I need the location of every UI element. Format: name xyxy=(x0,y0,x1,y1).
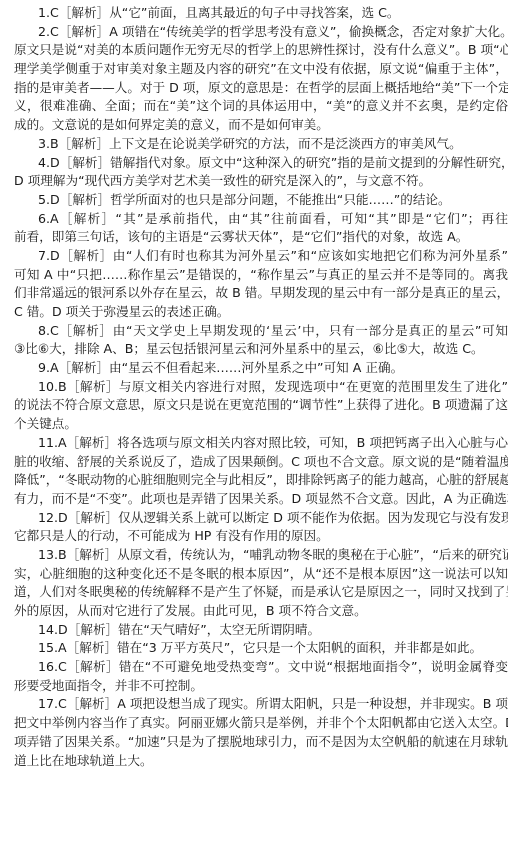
analysis-tag: ［解析］ xyxy=(68,622,118,637)
explanation-item: 1.C［解析］从“它”前面，且离其最近的句子中寻找答案，选 C。 xyxy=(14,4,508,23)
explanation-text: 由“人们有时也称其为河外星云”和“应该如实地把它们称为河外星系” xyxy=(113,248,508,263)
item-number: 16 xyxy=(38,659,54,674)
answer-letter: C xyxy=(58,659,67,674)
explanation-item: 10.B［解析］与原文相关内容进行对照，发现选项中“在更宽的范围里发生了进化”的… xyxy=(14,378,508,434)
item-number: 7 xyxy=(38,248,46,263)
explanation-item: 7.D［解析］由“人们有时也称其为河外星云”和“应该如实地把它们称为河外星系”可… xyxy=(14,247,508,322)
item-number: 1 xyxy=(38,5,46,20)
explanation-line: 指的是审美者——人。对于 D 项，原文的意思是：在哲学的层面上概括地给“美”下一… xyxy=(14,79,508,98)
explanation-first-line: 6.A［解析］“其”是承前指代，由“其”往前面看，可知“其”即是“它们”；再往 xyxy=(14,210,508,229)
explanation-item: 14.D［解析］错在“天气晴好”，太空无所谓阴晴。 xyxy=(14,621,508,640)
answer-letter: C xyxy=(50,24,59,39)
explanation-first-line: 14.D［解析］错在“天气晴好”，太空无所谓阴晴。 xyxy=(14,621,508,640)
explanation-item: 11.A［解析］将各选项与原文相关内容对照比较，可知，B 项把钙离子出入心脏与心… xyxy=(14,434,508,509)
item-number: 9 xyxy=(38,360,46,375)
explanation-line: 前看，即第三句话，该句的主语是“云雾状天体”，是“它们”指代的对象，故选 A。 xyxy=(14,228,508,247)
explanation-item: 15.A［解析］错在“3 万平方英尺”，它只是一个太阳帆的面积，并非都是如此。 xyxy=(14,639,508,658)
explanation-line: 脏的收缩、舒展的关系说反了，造成了因果颠倒。C 项也不合文意。原文说的是“随着温… xyxy=(14,453,508,472)
explanation-first-line: 10.B［解析］与原文相关内容进行对照，发现选项中“在更宽的范围里发生了进化” xyxy=(14,378,508,397)
explanation-line: 个关键点。 xyxy=(14,415,508,434)
explanation-first-line: 11.A［解析］将各选项与原文相关内容对照比较，可知，B 项把钙离子出入心脏与心 xyxy=(14,434,508,453)
analysis-tag: ［解析］ xyxy=(59,360,109,375)
explanation-line: 项弄错了因果关系。“加速”只是为了摆脱地球引力，而不是因为太空帆船的航速在月球轨 xyxy=(14,733,508,752)
explanation-text: 与原文相关内容进行对照，发现选项中“在更宽的范围里发生了进化” xyxy=(119,379,508,394)
answer-letter: B xyxy=(50,136,59,151)
answer-letter: A xyxy=(58,435,67,450)
item-number: 12 xyxy=(38,510,54,525)
explanation-line: C 错。D 项关于弥漫星云的表述正确。 xyxy=(14,303,508,322)
explanation-line: 把文中举例内容当作了真实。阿丽亚娜火箭只是举例，并非个个太阳帆都由它送入太空。D xyxy=(14,714,508,733)
explanation-first-line: 5.D［解析］哲学所面对的也只是部分问题，不能推出“只能……”的结论。 xyxy=(14,191,508,210)
explanation-text: 将各选项与原文相关内容对照比较，可知，B 项把钙离子出入心脏与心 xyxy=(117,435,508,450)
explanation-text: 从原文看，传统认为，“哺乳动物冬眠的奥秘在于心脏”，“后来的研究证 xyxy=(117,547,508,562)
explanation-line: 道上比在地球轨道上大。 xyxy=(14,752,508,771)
explanation-item: 6.A［解析］“其”是承前指代，由“其”往前面看，可知“其”即是“它们”；再往前… xyxy=(14,210,508,247)
explanation-text: 仅从逻辑关系上就可以断定 D 项不能作为依据。因为发现它与没有发现 xyxy=(118,510,508,525)
explanation-line: 道，人们对冬眠奥秘的传统解释不是产生了怀疑，而是承认它是原因之一，同时又找到了另 xyxy=(14,583,508,602)
explanation-item: 13.B［解析］从原文看，传统认为，“哺乳动物冬眠的奥秘在于心脏”，“后来的研究… xyxy=(14,546,508,621)
explanation-first-line: 9.A［解析］由“星云不但看起来……河外星系之中”可知 A 正确。 xyxy=(14,359,508,378)
explanation-line: 理学美学侧重于对审美对象主题及内容的研究”在文中没有依据，原文说“偏重于主体”， xyxy=(14,60,508,79)
explanation-first-line: 13.B［解析］从原文看，传统认为，“哺乳动物冬眠的奥秘在于心脏”，“后来的研究… xyxy=(14,546,508,565)
explanation-first-line: 16.C［解析］错在“不可避免地受热变弯”。文中说“根据地面指令”，说明金属脊变 xyxy=(14,658,508,677)
explanation-text: 由“天文学史上早期发现的‘星云’中，只有一部分是真正的星云”可知 xyxy=(113,323,508,338)
explanation-item: 17.C［解析］A 项把设想当成了现实。所谓太阳帆，只是一种设想，并非现实。B … xyxy=(14,695,508,770)
explanation-text: A 项把设想当成了现实。所谓太阳帆，只是一种设想，并非现实。B 项 xyxy=(117,696,508,711)
explanation-first-line: 7.D［解析］由“人们有时也称其为河外星云”和“应该如实地把它们称为河外星系” xyxy=(14,247,508,266)
answer-letter: D xyxy=(50,155,60,170)
explanation-item: 12.D［解析］仅从逻辑关系上就可以断定 D 项不能作为依据。因为发现它与没有发… xyxy=(14,509,508,546)
explanation-line: ③比⑥大，排除 A、B；星云包括银河星云和河外星系中的星云，⑥比⑤大，故选 C。 xyxy=(14,340,508,359)
analysis-tag: ［解析］ xyxy=(59,136,109,151)
analysis-tag: ［解析］ xyxy=(67,696,117,711)
item-number: 3 xyxy=(38,136,46,151)
analysis-tag: ［解析］ xyxy=(59,5,109,20)
answer-letter: A xyxy=(58,640,67,655)
answer-letter: D xyxy=(50,192,60,207)
explanation-item: 8.C［解析］由“天文学史上早期发现的‘星云’中，只有一部分是真正的星云”可知③… xyxy=(14,322,508,359)
explanation-line: 的说法不符合原文意思，原文只是说在更宽范围的“调节性”上获得了进化。B 项遗漏了… xyxy=(14,396,508,415)
answer-letter: A xyxy=(50,360,59,375)
analysis-tag: ［解析］ xyxy=(67,640,117,655)
explanation-line: 外的原因，从而对它进行了发展。由此可见，B 项不符合文意。 xyxy=(14,602,508,621)
answer-letter: D xyxy=(50,248,60,263)
explanation-text: A 项错在“传统美学的哲学思考没有意义”，偷换概念，否定对象扩大化。 xyxy=(109,24,508,39)
answer-letter: C xyxy=(50,323,59,338)
analysis-tag: ［解析］ xyxy=(59,323,113,338)
explanation-item: 3.B［解析］上下文是在论说美学研究的方法，而不是泛淡西方的审美风气。 xyxy=(14,135,508,154)
explanation-first-line: 15.A［解析］错在“3 万平方英尺”，它只是一个太阳帆的面积，并非都是如此。 xyxy=(14,639,508,658)
item-number: 4 xyxy=(38,155,46,170)
analysis-tag: ［解析］ xyxy=(67,379,119,394)
answer-letter: C xyxy=(58,696,67,711)
explanation-first-line: 1.C［解析］从“它”前面，且离其最近的句子中寻找答案，选 C。 xyxy=(14,4,508,23)
answer-letter: C xyxy=(50,5,59,20)
explanation-text: 错在“3 万平方英尺”，它只是一个太阳帆的面积，并非都是如此。 xyxy=(117,640,482,655)
explanation-text: 由“星云不但看起来……河外星系之中”可知 A 正确。 xyxy=(109,360,403,375)
item-number: 13 xyxy=(38,547,54,562)
explanation-text: 错在“天气晴好”，太空无所谓阴晴。 xyxy=(118,622,320,637)
explanation-line: 降低”，“冬眠动物的心脏细胞则完全与此相反”，即排除钙离子的能力越高，心脏的舒展… xyxy=(14,471,508,490)
explanation-line: 有力，而不是“不变”。此项也是弄错了因果关系。D 项显然不合文意。因此，A 为正… xyxy=(14,490,508,509)
explanation-line: 义，很难准确、全面；而在“美”这个词的具体运用中，“美”的意义并不玄奥，是约定俗 xyxy=(14,97,508,116)
item-number: 15 xyxy=(38,640,54,655)
analysis-tag: ［解析］ xyxy=(60,155,110,170)
explanation-first-line: 4.D［解析］错解指代对象。原文中“这种深入的研究”指的是前文提到的分解性研究， xyxy=(14,154,508,173)
explanation-first-line: 8.C［解析］由“天文学史上早期发现的‘星云’中，只有一部分是真正的星云”可知 xyxy=(14,322,508,341)
answer-letter: D xyxy=(58,510,68,525)
analysis-tag: ［解析］ xyxy=(67,435,117,450)
explanation-line: 们非常遥远的银河系以外存在星云，故 B 错。早期发现的星云中有一部分是真正的星云… xyxy=(14,284,508,303)
item-number: 2 xyxy=(38,24,46,39)
analysis-tag: ［解析］ xyxy=(67,547,117,562)
explanation-item: 4.D［解析］错解指代对象。原文中“这种深入的研究”指的是前文提到的分解性研究，… xyxy=(14,154,508,191)
explanation-line: 可知 A 中“只把……称作星云”是错误的，“称作星云”与真正的星云并不是等同的。… xyxy=(14,266,508,285)
item-number: 14 xyxy=(38,622,54,637)
item-number: 17 xyxy=(38,696,54,711)
answer-explanations: 1.C［解析］从“它”前面，且离其最近的句子中寻找答案，选 C。2.C［解析］A… xyxy=(14,4,508,770)
explanation-item: 5.D［解析］哲学所面对的也只是部分问题，不能推出“只能……”的结论。 xyxy=(14,191,508,210)
explanation-text: 上下文是在论说美学研究的方法，而不是泛淡西方的审美风气。 xyxy=(109,136,462,151)
analysis-tag: ［解析］ xyxy=(60,248,113,263)
explanation-text: 错在“不可避免地受热变弯”。文中说“根据地面指令”，说明金属脊变 xyxy=(119,659,508,674)
item-number: 10 xyxy=(38,379,54,394)
item-number: 5 xyxy=(38,192,46,207)
explanation-line: 实，心脏细胞的这种变化还不是冬眠的根本原因”，从“还不是根本原因”这一说法可以知 xyxy=(14,565,508,584)
analysis-tag: ［解析］ xyxy=(60,192,110,207)
explanation-item: 9.A［解析］由“星云不但看起来……河外星系之中”可知 A 正确。 xyxy=(14,359,508,378)
analysis-tag: ［解析］ xyxy=(68,510,118,525)
item-number: 8 xyxy=(38,323,46,338)
answer-letter: B xyxy=(58,379,67,394)
explanation-item: 16.C［解析］错在“不可避免地受热变弯”。文中说“根据地面指令”，说明金属脊变… xyxy=(14,658,508,695)
explanation-line: 它都只是人的行动，不可能成为 HP 有没有作用的原因。 xyxy=(14,527,508,546)
answer-letter: D xyxy=(58,622,68,637)
explanation-text: 从“它”前面，且离其最近的句子中寻找答案，选 C。 xyxy=(109,5,399,20)
explanation-first-line: 3.B［解析］上下文是在论说美学研究的方法，而不是泛淡西方的审美风气。 xyxy=(14,135,508,154)
analysis-tag: ［解析］ xyxy=(59,211,116,226)
explanation-line: 原文只是说“对美的本质问题作无穷无尽的哲学上的思辨性探讨，没有什么意义”。B 项… xyxy=(14,41,508,60)
explanation-text: “其”是承前指代，由“其”往前面看，可知“其”即是“它们”；再往 xyxy=(115,211,508,226)
item-number: 6 xyxy=(38,211,46,226)
explanation-line: 形要受地面指令，并非不可控制。 xyxy=(14,677,508,696)
explanation-text: 错解指代对象。原文中“这种深入的研究”指的是前文提到的分解性研究， xyxy=(110,155,508,170)
item-number: 11 xyxy=(38,435,54,450)
explanation-first-line: 2.C［解析］A 项错在“传统美学的哲学思考没有意义”，偷换概念，否定对象扩大化… xyxy=(14,23,508,42)
answer-letter: A xyxy=(50,211,59,226)
analysis-tag: ［解析］ xyxy=(67,659,119,674)
explanation-text: 哲学所面对的也只是部分问题，不能推出“只能……”的结论。 xyxy=(110,192,451,207)
explanation-line: 成的。文意说的是如何界定美的意义，而不是如何审美。 xyxy=(14,116,508,135)
explanation-first-line: 12.D［解析］仅从逻辑关系上就可以断定 D 项不能作为依据。因为发现它与没有发… xyxy=(14,509,508,528)
analysis-tag: ［解析］ xyxy=(59,24,109,39)
answer-letter: B xyxy=(58,547,67,562)
explanation-item: 2.C［解析］A 项错在“传统美学的哲学思考没有意义”，偷换概念，否定对象扩大化… xyxy=(14,23,508,135)
explanation-first-line: 17.C［解析］A 项把设想当成了现实。所谓太阳帆，只是一种设想，并非现实。B … xyxy=(14,695,508,714)
explanation-line: D 项理解为“现代西方美学对艺术美一致性的研究是深入的”，与文意不符。 xyxy=(14,172,508,191)
